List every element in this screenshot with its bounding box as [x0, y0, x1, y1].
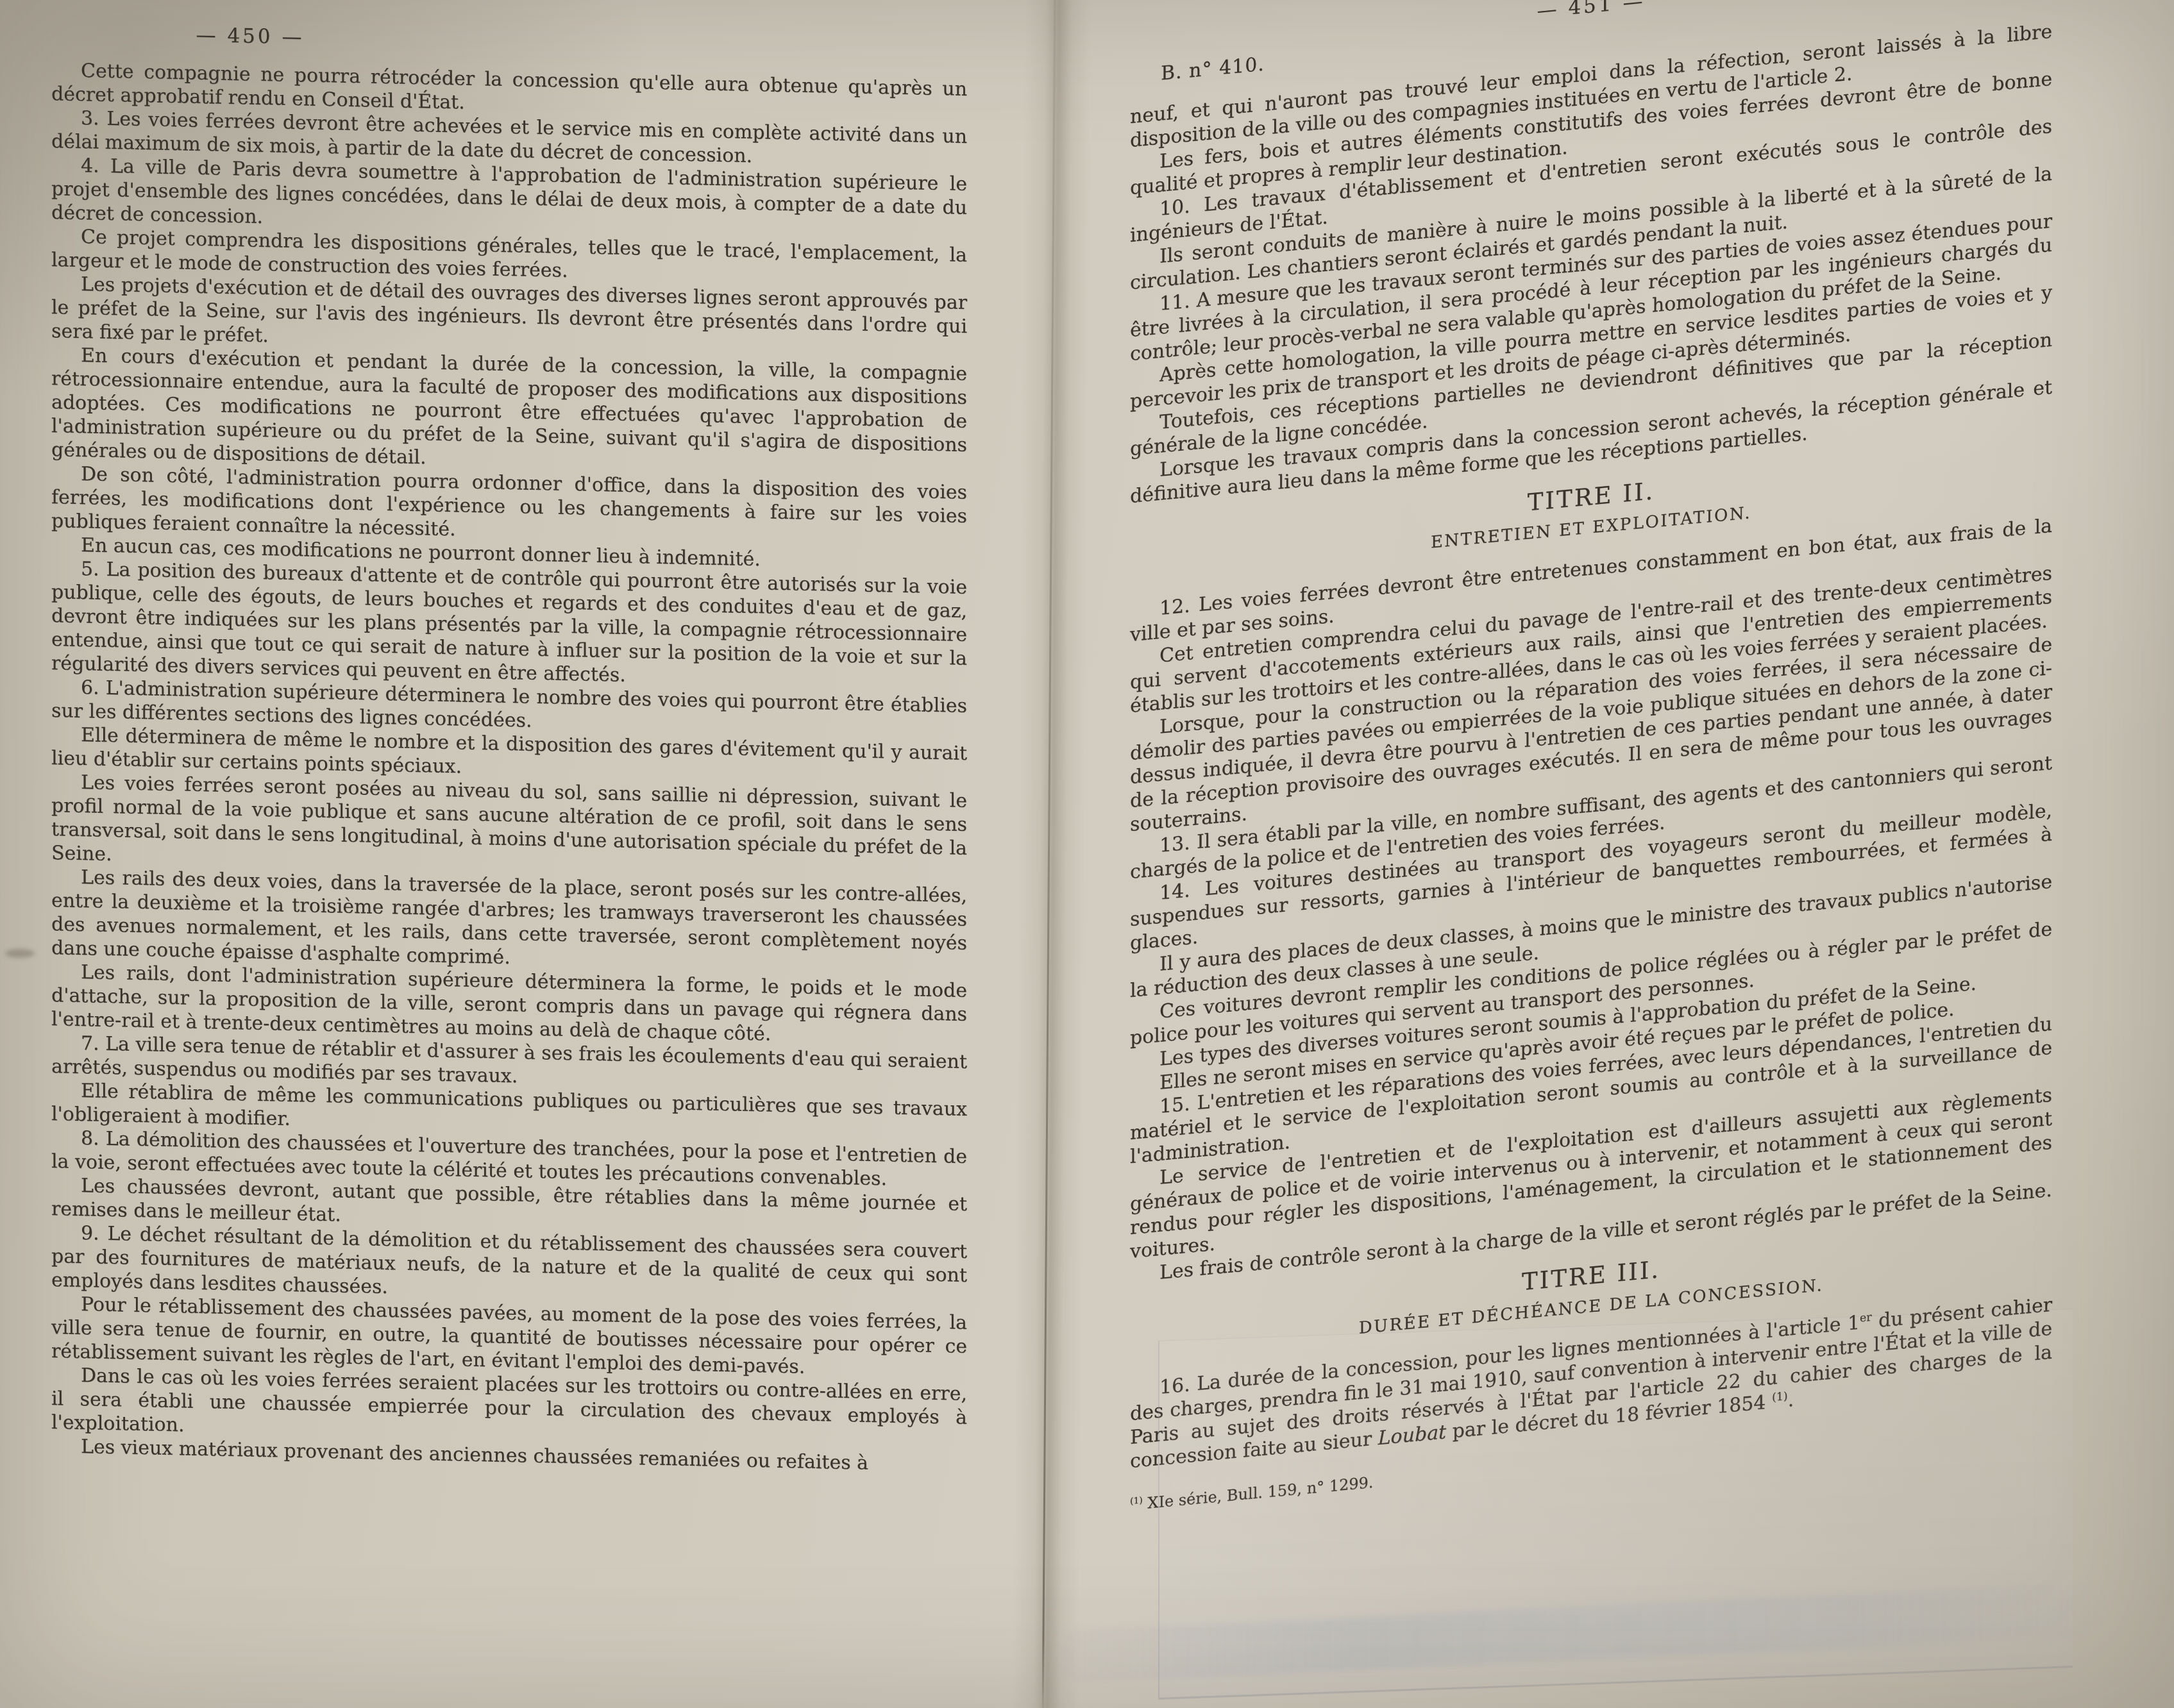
page-451: — 451 — B. n° 410. neuf, et qui n'auront… — [1130, 0, 2052, 1514]
paragraph: En cours d'exécution et pendant la durée… — [51, 343, 967, 481]
page-450: — 450 — Cette compagnie ne pourra rétroc… — [51, 21, 967, 1477]
paragraph: 5. La position des bureaux d'attente et … — [51, 557, 967, 694]
scanned-book-spread: — 450 — Cette compagnie ne pourra rétroc… — [0, 0, 2174, 1708]
paragraph: Les rails des deux voies, dans la traver… — [51, 865, 967, 979]
paper-smudge — [5, 949, 35, 958]
paragraph: Les voies ferrées seront posées au nivea… — [51, 770, 967, 884]
page-number-450: — 450 — — [147, 22, 353, 51]
footnote-marker: (1) — [1130, 1495, 1143, 1507]
